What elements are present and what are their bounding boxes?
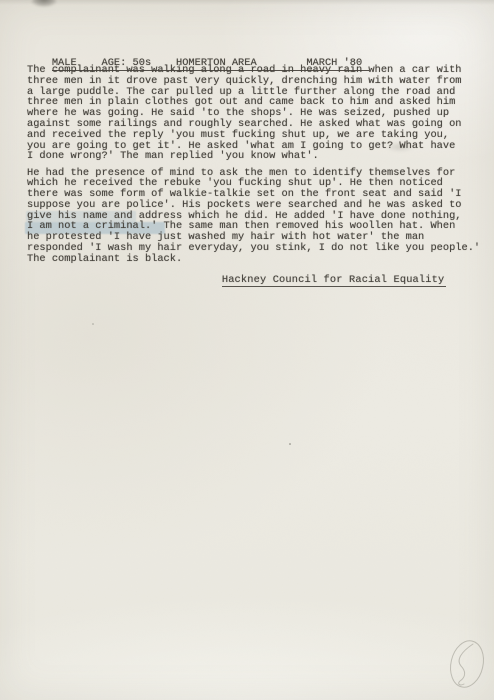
ink-smudge-top-left	[31, 0, 57, 7]
text-line: and received the reply 'you must fucking…	[27, 130, 462, 141]
paragraph-1: The complainant was walking along a road…	[27, 65, 462, 162]
paper-speck	[92, 323, 94, 325]
paragraph-2: He had the presence of mind to ask the m…	[27, 168, 480, 265]
text-line: three men in it drove past very quickly,…	[27, 76, 462, 87]
scanned-document-page: MALE AGE: 50s HOMERTON AREA MARCH '80 Th…	[0, 0, 494, 700]
attribution-text: Hackney Council for Racial Equality	[222, 275, 447, 287]
paper-speck	[289, 443, 291, 445]
text-line: I done wrong?' The man replied 'you know…	[27, 151, 462, 162]
attribution-line: Hackney Council for Racial Equality	[197, 264, 446, 298]
pencil-circled-5-mark	[438, 633, 494, 697]
